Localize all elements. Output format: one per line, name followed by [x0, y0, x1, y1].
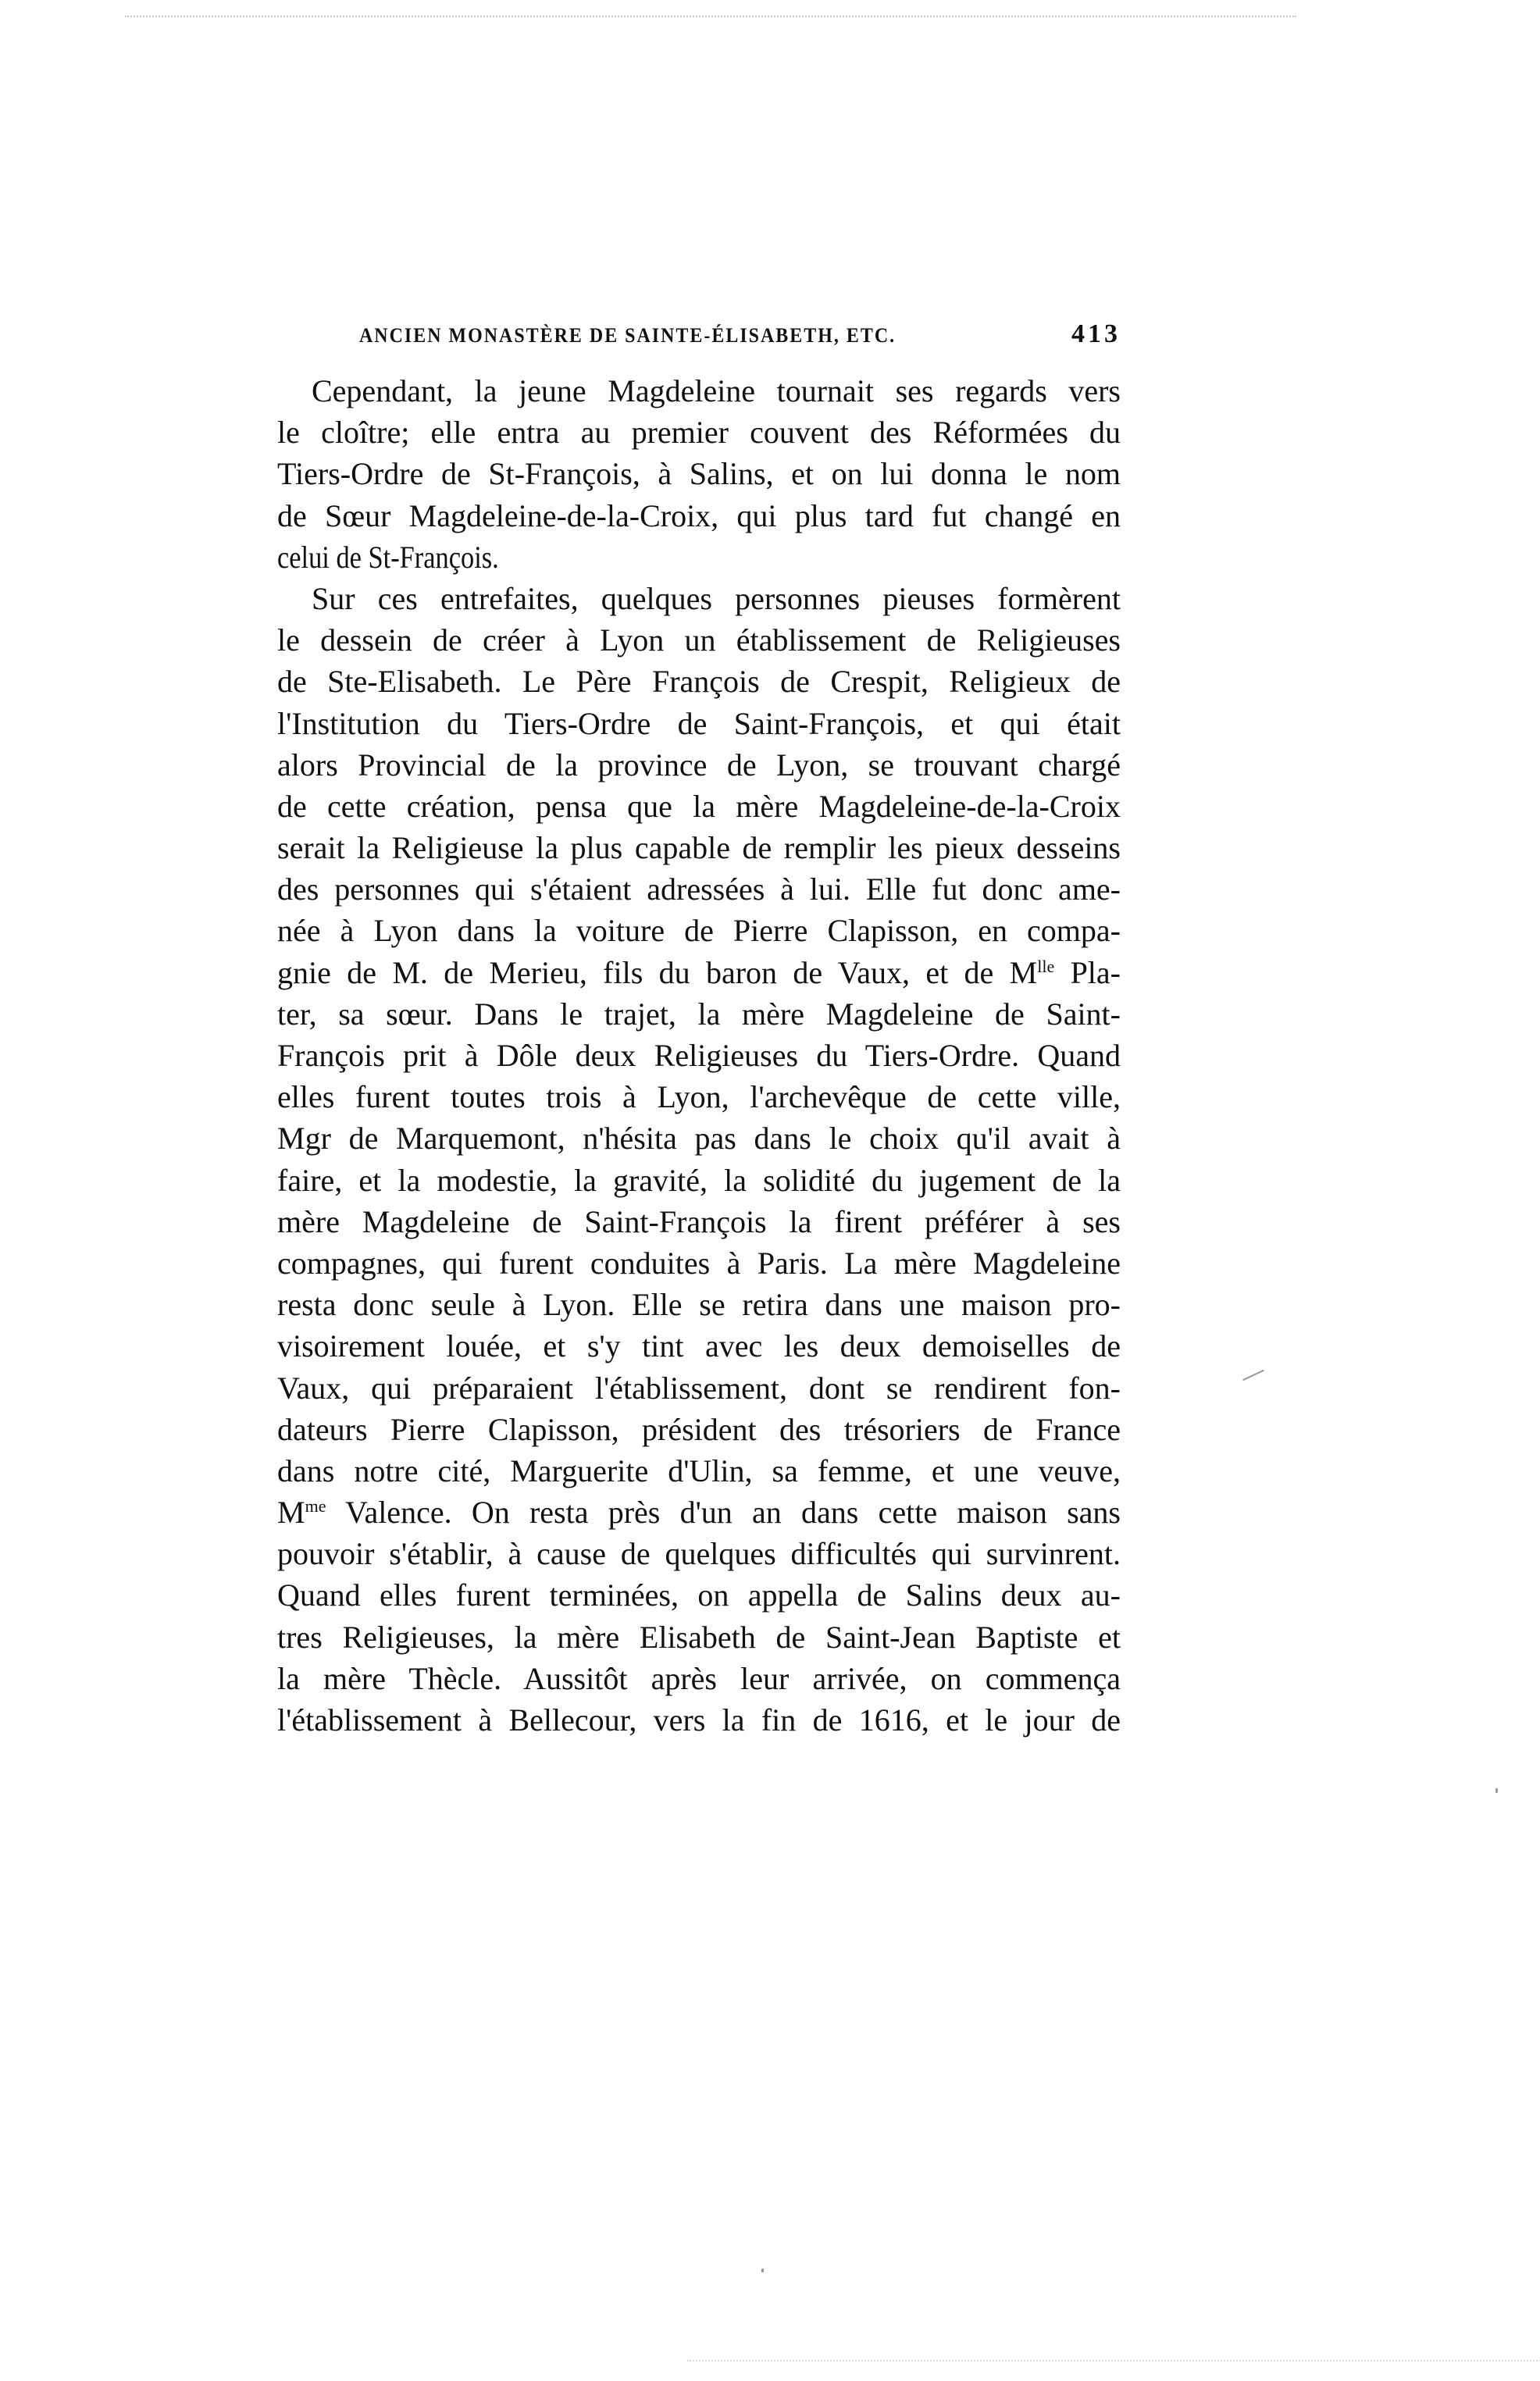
paragraph-1: Cependant, la jeune Magdeleine tournait …: [277, 370, 1121, 578]
text-line: visoirement louée, et s'y tint avec les …: [277, 1325, 1121, 1367]
text-line: Quand elles furent terminées, on appella…: [277, 1574, 1121, 1616]
running-head: Ancien monastère de Sainte-Élisabeth, et…: [359, 322, 1121, 353]
scan-speck: [761, 2269, 764, 2272]
paragraph-2: Sur ces entrefaites, quelques personnes …: [277, 578, 1121, 1741]
text-line: née à Lyon dans la voiture de Pierre Cla…: [277, 910, 1121, 951]
text-line: resta donc seule à Lyon. Elle se retira …: [277, 1284, 1121, 1325]
text-line: des personnes qui s'étaient adressées à …: [277, 868, 1121, 910]
text-line: Tiers-Ordre de St-François, à Salins, et…: [277, 453, 1121, 494]
text-line: de cette création, pensa que la mère Mag…: [277, 786, 1121, 827]
text-line: mère Magdeleine de Saint-François la fir…: [277, 1201, 1121, 1242]
text-line: Cependant, la jeune Magdeleine tournait …: [277, 370, 1121, 412]
text-line: l'établissement à Bellecour, vers la fin…: [277, 1699, 1121, 1741]
text-line: de Ste-Elisabeth. Le Père François de Cr…: [277, 661, 1121, 702]
text-line: Sur ces entrefaites, quelques personnes …: [277, 578, 1121, 619]
text-line: dateurs Pierre Clapisson, président des …: [277, 1409, 1121, 1450]
scan-artifact-bottom-edge: [687, 2360, 1540, 2365]
text-line: alors Provincial de la province de Lyon,…: [277, 744, 1121, 786]
text-line: tres Religieuses, la mère Elisabeth de S…: [277, 1616, 1121, 1658]
text-line: Mgr de Marquemont, n'hésita pas dans le …: [277, 1117, 1121, 1159]
text-line: Vaux, qui préparaient l'établissement, d…: [277, 1367, 1121, 1409]
text-line-with-superscript: gnie de M. de Merieu, fils du baron de V…: [277, 952, 1121, 993]
superscript-abbrev: lle: [1037, 957, 1054, 976]
text-line: le dessein de créer à Lyon un établissem…: [277, 619, 1121, 661]
text-line: celui de St-François.: [277, 536, 1121, 578]
text-line: l'Institution du Tiers-Ordre de Saint-Fr…: [277, 703, 1121, 744]
text-line: ter, sa sœur. Dans le trajet, la mère Ma…: [277, 993, 1121, 1035]
text-line: le cloître; elle entra au premier couven…: [277, 412, 1121, 453]
text-line: la mère Thècle. Aussitôt après leur arri…: [277, 1658, 1121, 1699]
scan-speck: [1242, 1370, 1264, 1381]
text-line: compagnes, qui furent conduites à Paris.…: [277, 1242, 1121, 1284]
text-line: faire, et la modestie, la gravité, la so…: [277, 1160, 1121, 1201]
superscript-abbrev: me: [305, 1496, 326, 1516]
running-head-title: Ancien monastère de Sainte-Élisabeth, et…: [359, 322, 896, 350]
text-line: François prit à Dôle deux Religieuses du…: [277, 1035, 1121, 1076]
text-line: dans notre cité, Marguerite d'Ulin, sa f…: [277, 1450, 1121, 1492]
scan-artifact-top-edge: [125, 16, 1296, 23]
text-line: elles furent toutes trois à Lyon, l'arch…: [277, 1076, 1121, 1117]
text-line-with-superscript: Mme Valence. On resta près d'un an dans …: [277, 1492, 1121, 1533]
body-text: Cependant, la jeune Magdeleine tournait …: [277, 370, 1121, 1741]
text-line: de Sœur Magdeleine-de-la-Croix, qui plus…: [277, 495, 1121, 536]
scan-speck: [1495, 1788, 1498, 1793]
text-line: serait la Religieuse la plus capable de …: [277, 827, 1121, 868]
page-number: 413: [1071, 319, 1121, 350]
text-line: pouvoir s'établir, à cause de quelques d…: [277, 1533, 1121, 1574]
